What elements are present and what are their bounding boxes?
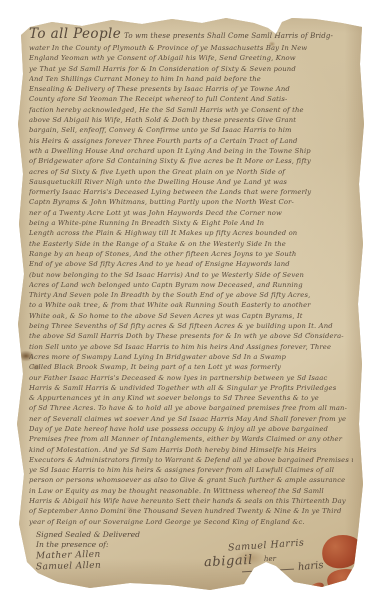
manuscript-line: in Law or Equity as may be thought reaso… [29,486,353,496]
manuscript-line: being Three Sevenths of Sd fifty acres &… [29,321,353,331]
manuscript-line: being a White-pine Running In Breadth Si… [29,218,353,228]
manuscript-line: above Sd Abigail his Wife, Hath Sold & D… [29,115,353,125]
witness-signature: Samuel Allen [36,560,140,574]
manuscript-line: our Father Isaac Harris's Deceased & now… [29,373,353,383]
manuscript-line: of Sd Three Acres. To have & to hold all… [29,403,353,413]
manuscript-line: Harris & Abigail his Wife have hereunto … [29,496,353,506]
manuscript-line: the Easterly Side in the Range of a Stak… [29,239,353,249]
manuscript-line: ye Sd Isaac Harris to him his heirs & as… [29,465,353,475]
manuscript-line: Premises free from all Manner of Intangl… [29,434,353,444]
manuscript-line: Captn Byrams & John Whitmans, butting Pa… [29,197,353,207]
manuscript-line: & Appurtenances yt in any Kind wt soever… [29,393,353,403]
manuscript-line: Thirty And Seven pole In Breadth by the … [29,290,353,300]
manuscript-line: Acres more of Swampy Land Lying In Bridg… [29,352,353,362]
grantor-signature: Samuel Harris [228,537,305,553]
deed-body-text: To all PeopleTo wm these presents Shall … [29,26,353,527]
manuscript-line: White oak, & So home to the above Sd Sev… [29,311,353,321]
manuscript-line: of Bridgewater afore Sd Containing Sixty… [29,156,353,166]
manuscript-line: Harris & Samll Harris & undivided Togeth… [29,383,353,393]
manuscript-line: kind of Molestation. And ye Sd Sam Harri… [29,445,353,455]
attestation-block: Signed Sealed & Delivered In the presenc… [36,530,140,572]
manuscript-line: End of ye above Sd fifty Acres And to ye… [29,259,353,269]
manuscript-line: water In the County of Plymouth & Provin… [29,43,353,53]
manuscript-line: person or persons whomsoever as also to … [29,475,353,485]
wife-signature-first: abigail [204,553,254,571]
opening-phrase: To all People [29,26,121,42]
wax-seal-fragment [309,581,325,593]
manuscript-line: Length across the Plain & Highway till I… [29,228,353,238]
signature-flourish [242,569,294,573]
manuscript-line: faction hereby acknowledged, He the Sd S… [29,105,353,115]
manuscript-line: Called Black Brook Swamp, It being part … [29,362,353,372]
manuscript-line: To all PeopleTo wm these presents Shall … [29,26,353,43]
manuscript-line: ye That ye Sd Samll Harris for & In Cons… [29,64,353,74]
opening-line-rest: To wm these presents Shall Come Samll Ha… [124,32,333,40]
manuscript-line: ner of Severall claimes wt soever And ye… [29,414,353,424]
her-mark-label-top: her [264,555,276,563]
manuscript-line: formerly Isaac Harris's Deceased Lying b… [29,187,353,197]
manuscript-line: ner of a Twenty Acre Lott yt was John Ha… [29,208,353,218]
manuscript-line: tion Sell unto ye above Sd Isaac Harris … [29,342,353,352]
manuscript-line: Ensealing & Delivery of These presents b… [29,84,353,94]
manuscript-line: his Heirs & assignes forever Three Fourt… [29,136,353,146]
manuscript-photo: To all PeopleTo wm these presents Shall … [0,0,378,600]
her-mark-label-bottom: mark [258,576,276,584]
attestation-line: Signed Sealed & Delivered [36,530,140,540]
manuscript-line: year of Reign of our Soveraigne Lord Geo… [29,517,353,527]
wax-seal [326,567,369,598]
manuscript-line: And Ten Shillings Currant Money to him I… [29,74,353,84]
manuscript-line: bargain, Sell, enfeoff, Convey & Confirm… [29,125,353,135]
wax-seal [320,532,364,570]
manuscript-line: England Yeoman wth ye Consent of Abigail… [29,53,353,63]
manuscript-lines: water In the County of Plymouth & Provin… [29,43,353,527]
manuscript-line: acres of Sd Sixty & five Lyeth upon the … [29,167,353,177]
wife-signature-last: haris [298,560,324,573]
manuscript-line: to a White oak tree, & from that White o… [29,300,353,310]
manuscript-line: Day of ye Date hereof have hold use poss… [29,424,353,434]
deed-paper: To all PeopleTo wm these presents Shall … [10,4,366,594]
manuscript-line: County afore Sd Yeoman The Receipt where… [29,94,353,104]
manuscript-line: (but now belonging to the Sd Isaac Harri… [29,270,353,280]
manuscript-line: Acres of Land wch belonged unto Captn By… [29,280,353,290]
manuscript-line: Range by an heap of Stones, And the othe… [29,249,353,259]
manuscript-line: Executors & Administrators firmly to War… [29,455,353,465]
manuscript-line: the above Sd Samll Harris Doth by These … [29,331,353,341]
manuscript-line: wth a Dwelling House And orchard upon It… [29,146,353,156]
manuscript-line: of September Anno Domini one Thousand Se… [29,506,353,516]
manuscript-line: Sausquetuckill River Nigh unto the Dwell… [29,177,353,187]
